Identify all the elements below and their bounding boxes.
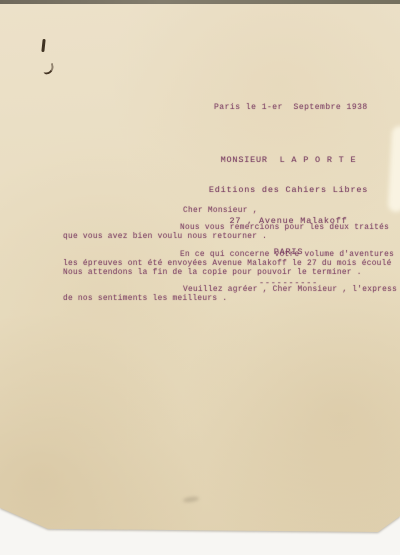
pencil-smudge — [183, 496, 200, 503]
paragraph1-line2: que vous avez bien voulu nous retourner … — [63, 233, 267, 241]
handwritten-pen-mark — [41, 39, 45, 52]
paragraph2-line3: Nous attendons la fin de la copie pour p… — [63, 269, 362, 277]
salutation: Cher Monsieur , — [183, 207, 258, 215]
dateline: Paris le 1-er Septembre 1938 — [214, 103, 368, 112]
paper-wrapper: Paris le 1-er Septembre 1938 MONSIEUR L … — [0, 0, 400, 555]
paragraph2-line1: En ce qui concerne votre volume d'aventu… — [180, 251, 394, 259]
closing-line2: de nos sentiments les meilleurs . — [63, 295, 227, 303]
closing-line1: Veuillez agréer , Cher Monsieur , l'expr… — [183, 286, 397, 294]
letter-paper: Paris le 1-er Septembre 1938 MONSIEUR L … — [0, 4, 400, 532]
paragraph2-line2: les épreuves ont été envoyées Avenue Mal… — [63, 260, 392, 268]
paragraph1-line1: Nous vous remercions pour les deux trait… — [180, 224, 389, 232]
paper-edge-highlight — [388, 126, 400, 213]
scanned-letter-page: Paris le 1-er Septembre 1938 MONSIEUR L … — [0, 0, 400, 555]
recipient-org: Editions des Cahiers Libres — [196, 185, 381, 195]
recipient-address-block: MONSIEUR L A P O R T E Editions des Cahi… — [196, 134, 381, 309]
recipient-name: MONSIEUR L A P O R T E — [196, 155, 381, 165]
handwritten-pen-mark — [42, 63, 55, 75]
